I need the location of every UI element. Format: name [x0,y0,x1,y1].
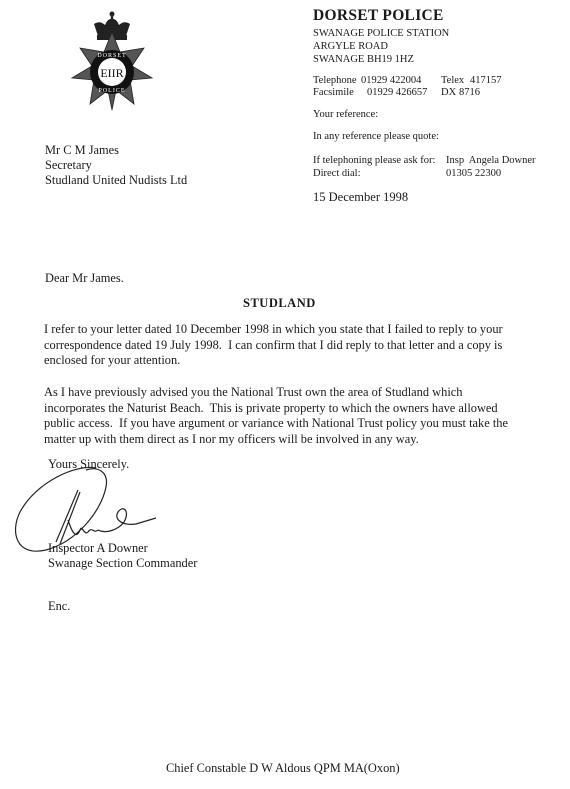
address-line: ARGYLE ROAD [313,41,388,52]
footer-chief-constable: Chief Constable D W Aldous QPM MA(Oxon) [166,760,400,776]
subject-heading: STUDLAND [243,296,316,311]
svg-text:POLICE: POLICE [99,88,126,94]
salutation: Dear Mr James. [45,270,124,286]
address-line: SWANAGE BH19 1HZ [313,54,414,65]
paragraph-line: matter up with them direct as I nor my o… [44,432,544,448]
direct-dial-label: Direct dial: [313,168,361,179]
organisation-name: DORSET POLICE [313,7,444,25]
paragraph-2: As I have previously advised you the Nat… [44,385,544,447]
signatory-title: Swanage Section Commander [48,555,197,571]
svg-text:EIIR: EIIR [100,66,123,80]
paragraph-1: I refer to your letter dated 10 December… [44,322,544,369]
paragraph-line: enclosed for your attention. [44,353,544,369]
enclosure-note: Enc. [48,598,70,614]
ask-for-value: Insp Angela Downer [446,155,536,166]
facsimile-number: 01929 426657 [367,87,427,98]
telex-number: 417157 [470,75,502,86]
address-line: SWANAGE POLICE STATION [313,28,449,39]
police-crest-icon: EIIR DORSET POLICE [64,10,160,114]
your-reference-label: Your reference: [313,109,378,120]
telex-label: Telex [441,75,464,86]
paragraph-line: public access. If you have argument or v… [44,416,544,432]
ask-for-label: If telephoning please ask for: [313,155,435,166]
paragraph-line: correspondence dated 19 July 1998. I can… [44,338,544,354]
telephone-number: 01929 422004 [361,75,421,86]
telephone-label: Telephone [313,75,357,86]
facsimile-label: Facsimile [313,87,354,98]
recipient-title: Secretary [45,157,92,173]
signatory-name: Inspector A Downer [48,540,148,556]
direct-dial-value: 01305 22300 [446,168,501,179]
dx-label: DX [441,87,456,98]
svg-text:DORSET: DORSET [97,53,126,59]
recipient-organisation: Studland United Nudists Ltd [45,172,187,188]
paragraph-line: I refer to your letter dated 10 December… [44,322,544,338]
dx-number: 8716 [459,87,480,98]
recipient-name: Mr C M James [45,142,119,158]
letter-date: 15 December 1998 [313,190,408,205]
paragraph-line: incorporates the Naturist Beach. This is… [44,401,544,417]
paragraph-line: As I have previously advised you the Nat… [44,385,544,401]
quote-reference-label: In any reference please quote: [313,131,439,142]
